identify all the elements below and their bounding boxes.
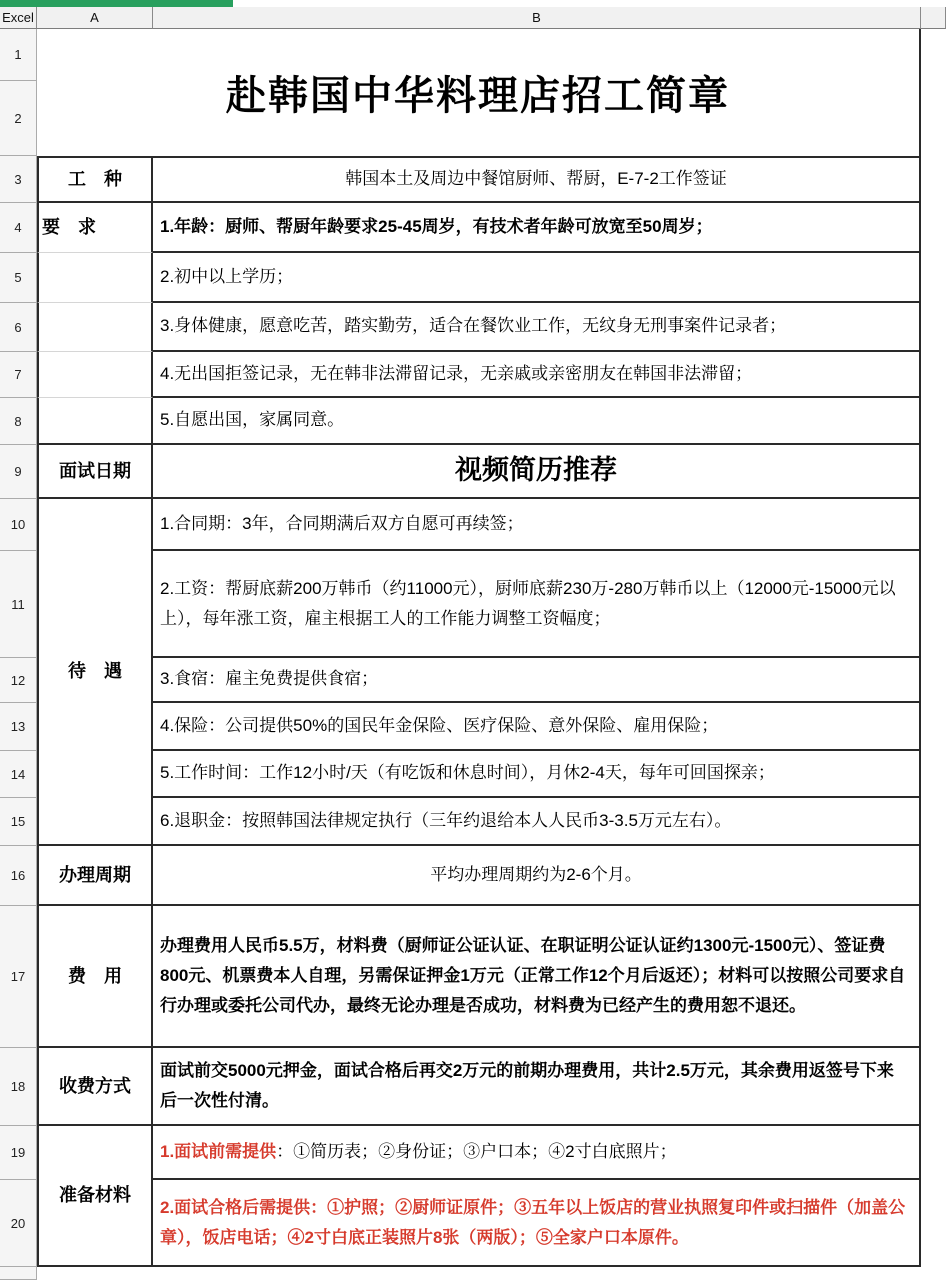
- row-header-12[interactable]: 12: [0, 658, 37, 703]
- row-header-10[interactable]: 10: [0, 499, 37, 551]
- cell-A19-20-label-materials[interactable]: 准备材料: [37, 1126, 153, 1267]
- cell-B12-room-board[interactable]: 3.食宿：雇主免费提供食宿；: [153, 658, 921, 703]
- cell-A4-label-requirements[interactable]: 要 求: [37, 203, 153, 253]
- select-all-corner[interactable]: Excel: [0, 7, 37, 29]
- cell-A7-empty[interactable]: [37, 352, 153, 398]
- row-header-13[interactable]: 13: [0, 703, 37, 751]
- row-header-1[interactable]: 1: [0, 29, 37, 81]
- row-header-3[interactable]: 3: [0, 156, 37, 203]
- cell-title[interactable]: 赴韩国中华料理店招工简章: [37, 29, 921, 156]
- row-header-19[interactable]: 19: [0, 1126, 37, 1180]
- row-header-9[interactable]: 9: [0, 445, 37, 499]
- spreadsheet: Excel A B 1 2 3 4 5 6 7 8 9 10 11 12 13 …: [0, 0, 946, 1280]
- cell-B20-materials-after-interview[interactable]: 2.面试合格后需提供：①护照；②厨师证原件；③五年以上饭店的营业执照复印件或扫描…: [153, 1180, 921, 1267]
- row-header-20[interactable]: 20: [0, 1180, 37, 1267]
- cell-A10-15-label-benefits[interactable]: 待 遇: [37, 499, 153, 846]
- row-header-17[interactable]: 17: [0, 906, 37, 1048]
- row-header-15[interactable]: 15: [0, 798, 37, 846]
- cell-B17-fees-detail[interactable]: 办理费用人民币5.5万，材料费（厨师证公证认证、在职证明公证认证约1300元-1…: [153, 906, 921, 1048]
- app-accent-bar: [0, 0, 233, 7]
- row-header-21-partial[interactable]: [0, 1267, 37, 1280]
- cell-A9-label-interview-date[interactable]: 面试日期: [37, 445, 153, 499]
- cell-B18-payment-method[interactable]: 面试前交5000元押金，面试合格后再交2万元的前期办理费用，共计2.5万元，其余…: [153, 1048, 921, 1126]
- cell-A16-label-processing-period[interactable]: 办理周期: [37, 846, 153, 906]
- cell-B14-working-hours[interactable]: 5.工作时间：工作12小时/天（有吃饭和休息时间），月休2-4天，每年可回国探亲…: [153, 751, 921, 798]
- cell-B5-requirement-education[interactable]: 2.初中以上学历；: [153, 253, 921, 303]
- row-header-7[interactable]: 7: [0, 352, 37, 398]
- cell-A18-label-payment-method[interactable]: 收费方式: [37, 1048, 153, 1126]
- row-header-8[interactable]: 8: [0, 398, 37, 445]
- row-header-4[interactable]: 4: [0, 203, 37, 253]
- row-header-2[interactable]: 2: [0, 81, 37, 156]
- row-header-18[interactable]: 18: [0, 1048, 37, 1126]
- cell-B16-processing-period[interactable]: 平均办理周期约为2-6个月。: [153, 846, 921, 906]
- cell-B13-insurance[interactable]: 4.保险：公司提供50%的国民年金保险、医疗保险、意外保险、雇用保险；: [153, 703, 921, 751]
- cell-A17-label-fees[interactable]: 费 用: [37, 906, 153, 1048]
- row-header-14[interactable]: 14: [0, 751, 37, 798]
- column-header-b[interactable]: B: [153, 7, 921, 29]
- cell-B4-requirement-age[interactable]: 1.年龄：厨师、帮厨年龄要求25-45周岁，有技术者年龄可放宽至50周岁；: [153, 203, 921, 253]
- cell-B11-salary[interactable]: 2.工资：帮厨底薪200万韩币（约11000元），厨师底薪230万-280万韩币…: [153, 551, 921, 658]
- column-header-c-sliver[interactable]: [921, 7, 946, 29]
- materials-before-list: ：①简历表；②身份证；③户口本；④2寸白底照片；: [276, 1140, 676, 1165]
- cell-B15-severance[interactable]: 6.退职金：按照韩国法律规定执行（三年约退给本人人民币3-3.5万元左右）。: [153, 798, 921, 846]
- cell-B3-job-type[interactable]: 韩国本土及周边中餐馆厨师、帮厨，E-7-2工作签证: [153, 156, 921, 203]
- cell-B10-contract[interactable]: 1.合同期：3年，合同期满后双方自愿可再续签；: [153, 499, 921, 551]
- row-header-11[interactable]: 11: [0, 551, 37, 658]
- top-strip: [0, 0, 946, 7]
- materials-before-red-label: 1.面试前需提供: [160, 1140, 276, 1165]
- column-header-a[interactable]: A: [37, 7, 153, 29]
- cell-A6-empty[interactable]: [37, 303, 153, 352]
- cell-B8-requirement-voluntary[interactable]: 5.自愿出国，家属同意。: [153, 398, 921, 445]
- cell-A5-empty[interactable]: [37, 253, 153, 303]
- row-header-6[interactable]: 6: [0, 303, 37, 352]
- row-header-5[interactable]: 5: [0, 253, 37, 303]
- cell-B19-materials-before-interview[interactable]: 1.面试前需提供：①简历表；②身份证；③户口本；④2寸白底照片；: [153, 1126, 921, 1180]
- cell-A3-label-job-type[interactable]: 工 种: [37, 156, 153, 203]
- cell-A8-empty[interactable]: [37, 398, 153, 445]
- cell-B7-requirement-visa-record[interactable]: 4.无出国拒签记录，无在韩非法滞留记录，无亲戚或亲密朋友在韩国非法滞留；: [153, 352, 921, 398]
- cell-B9-video-resume[interactable]: 视频简历推荐: [153, 445, 921, 499]
- row-header-16[interactable]: 16: [0, 846, 37, 906]
- cell-B6-requirement-health[interactable]: 3.身体健康，愿意吃苦，踏实勤劳，适合在餐饮业工作，无纹身无刑事案件记录者；: [153, 303, 921, 352]
